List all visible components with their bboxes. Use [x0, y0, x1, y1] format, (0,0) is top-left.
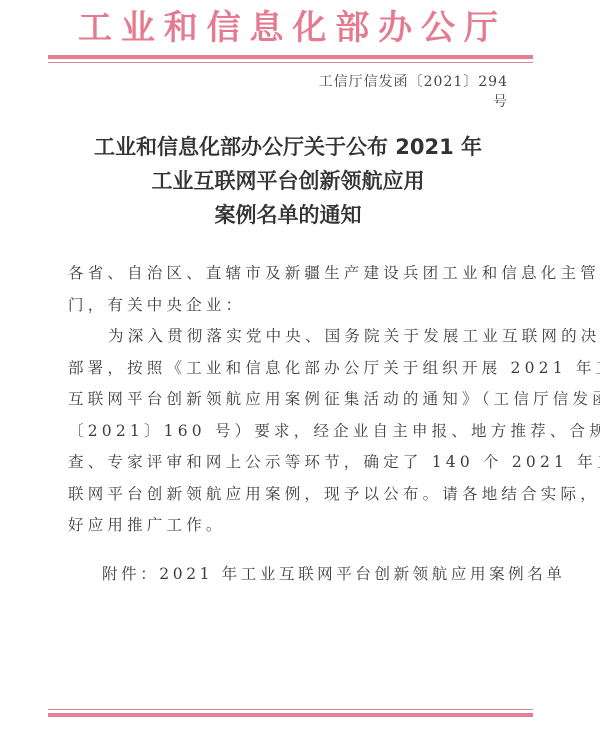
masthead-char: 工 — [78, 8, 112, 48]
title-line: 工业和信息化部办公厅关于公布 2021 年 — [0, 130, 576, 164]
title-line: 案例名单的通知 — [0, 198, 576, 232]
masthead-title: 工 业 和 信 息 化 部 办 公 厅 — [78, 8, 498, 48]
masthead-char: 业 — [121, 8, 155, 48]
footer-rule-thin — [48, 709, 533, 710]
paragraph-line: 部署，按照《工业和信息化部办公厅关于组织开展 2021 年工业 — [68, 353, 508, 385]
masthead-char: 化 — [292, 8, 326, 48]
header-rule-thick — [48, 55, 533, 59]
paragraph-line: 联网平台创新领航应用案例，现予以公布。请各地结合实际，做 — [68, 479, 508, 511]
masthead-char: 厅 — [464, 8, 498, 48]
paragraph-line: 查、专家评审和网上公示等环节，确定了 140 个 2021 年工业互 — [68, 447, 508, 479]
masthead-char: 息 — [250, 8, 284, 48]
masthead-char: 和 — [164, 8, 198, 48]
attachment-note: 附件：2021 年工业互联网平台创新领航应用案例名单 — [102, 562, 565, 586]
title-line: 工业互联网平台创新领航应用 — [0, 164, 576, 198]
masthead-char: 部 — [335, 8, 369, 48]
document-title: 工业和信息化部办公厅关于公布 2021 年 工业互联网平台创新领航应用 案例名单… — [0, 130, 576, 232]
salutation-line: 门，有关中央企业： — [68, 290, 508, 322]
salutation-line: 各省、自治区、直辖市及新疆生产建设兵团工业和信息化主管部 — [68, 258, 508, 290]
paragraph-line: 为深入贯彻落实党中央、国务院关于发展工业互联网的决策 — [68, 321, 508, 353]
paragraph-line: 好应用推广工作。 — [68, 510, 508, 542]
footer-rule-thick — [48, 713, 533, 717]
paragraph-line: 〔2021〕160 号）要求，经企业自主申报、地方推荐、合规性审 — [68, 416, 508, 448]
paragraph-line: 互联网平台创新领航应用案例征集活动的通知》（工信厅信发函 — [68, 384, 508, 416]
document-number: 工信厅信发函〔2021〕294 号 — [300, 72, 508, 112]
document-body: 各省、自治区、直辖市及新疆生产建设兵团工业和信息化主管部 门，有关中央企业： 为… — [68, 258, 508, 542]
masthead-char: 办 — [378, 8, 412, 48]
masthead-char: 公 — [421, 8, 455, 48]
header-rule-thin — [48, 62, 533, 63]
masthead-char: 信 — [207, 8, 241, 48]
